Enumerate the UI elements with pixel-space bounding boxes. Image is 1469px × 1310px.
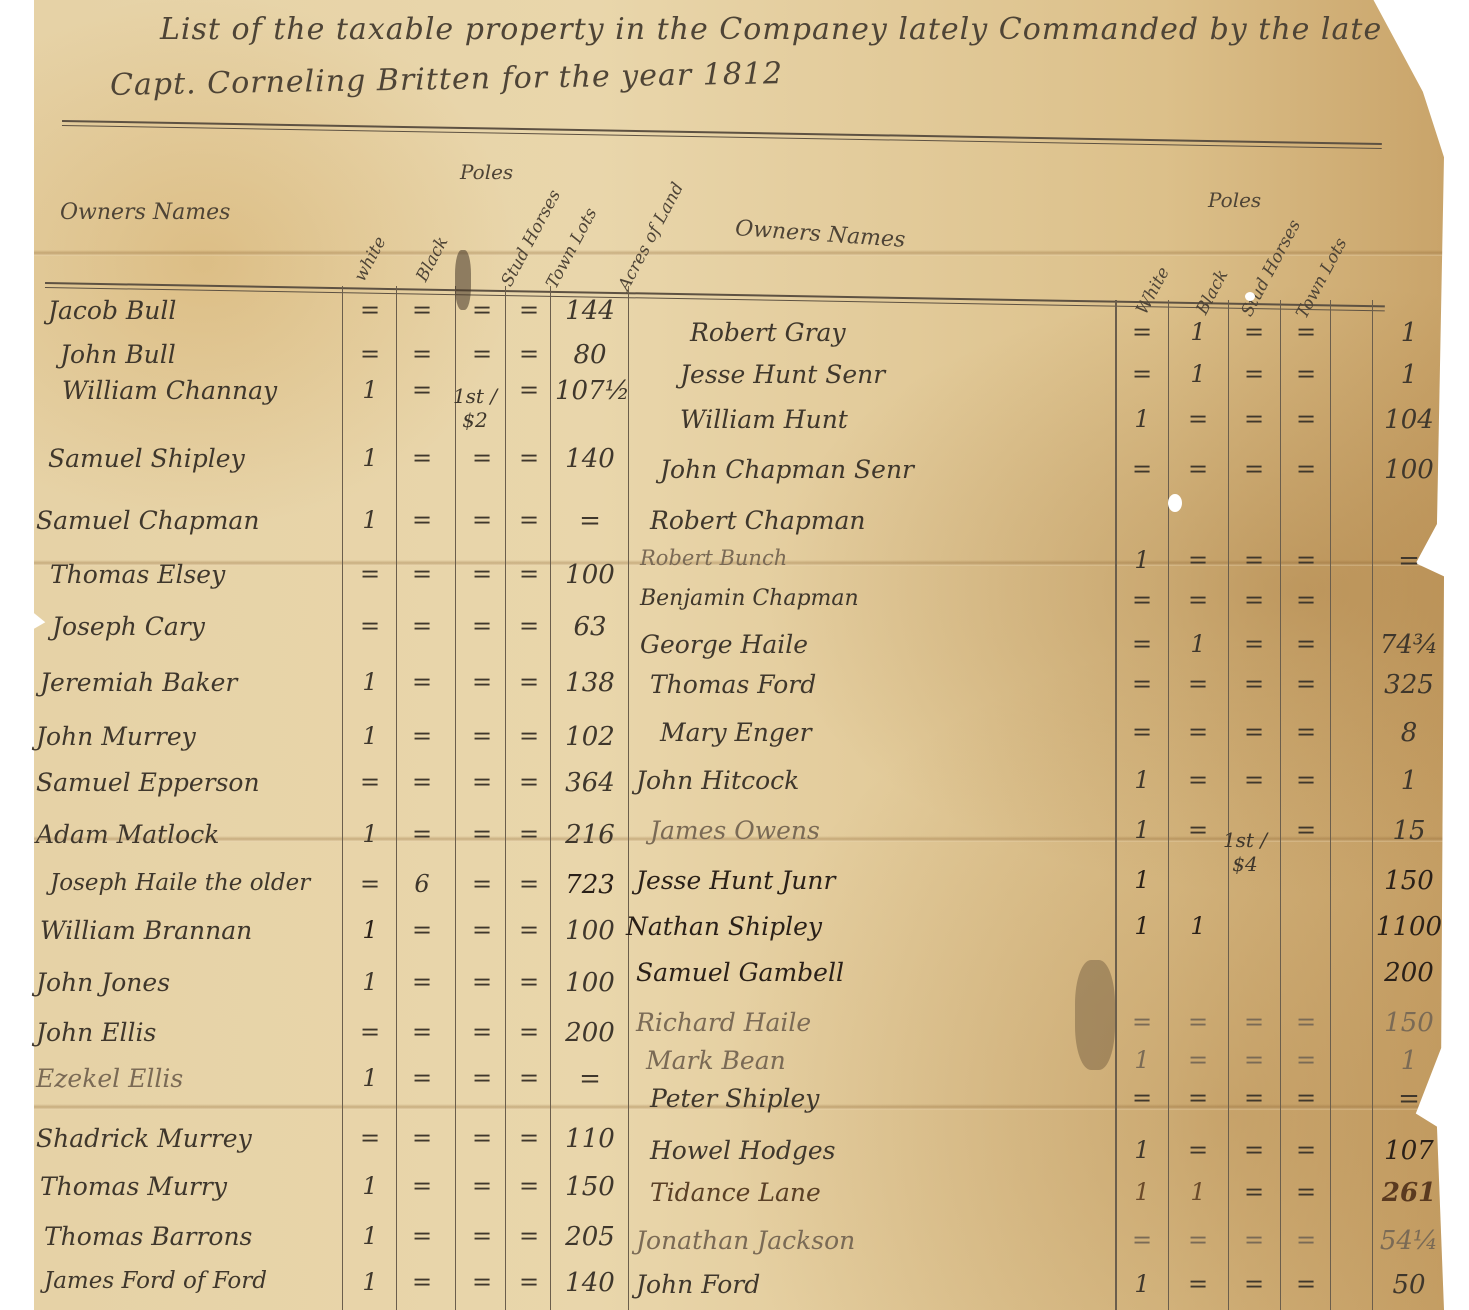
paper-fold	[34, 250, 1444, 256]
black-polls-cell: =	[1176, 1136, 1220, 1164]
acres-cell: 1	[1374, 1046, 1444, 1076]
town-lots-cell: =	[1284, 1136, 1328, 1164]
table-row: Benjamin Chapman = = = =	[0, 586, 1469, 624]
table-row: Tidance Lane 1 1 = = 261	[0, 1178, 1469, 1216]
white-polls-cell: =	[1120, 455, 1164, 483]
black-polls-cell: =	[1176, 586, 1220, 614]
stud-horses-cell: =	[1232, 1226, 1276, 1254]
owner-name: Mary Enger	[660, 718, 812, 747]
black-polls-cell: =	[1176, 718, 1220, 746]
black-polls-cell: 1	[1176, 1178, 1220, 1206]
table-row: Robert Chapman	[0, 506, 1469, 544]
black-polls-cell: =	[1176, 1226, 1220, 1254]
owner-name: Robert Bunch	[640, 546, 787, 570]
stud-horses-cell: =	[1232, 1046, 1276, 1074]
table-row: Peter Shipley = = = = =	[0, 1084, 1469, 1122]
table-row: William Hunt 1 = = = 104	[0, 405, 1469, 443]
acres-cell: 104	[1374, 405, 1444, 435]
town-lots-cell: =	[1284, 586, 1328, 614]
black-polls-cell: =	[1176, 1270, 1220, 1298]
stud-horses-cell: =	[1232, 670, 1276, 698]
owner-name: Mark Bean	[646, 1046, 786, 1075]
town-lots-cell: =	[1284, 670, 1328, 698]
acres-cell: 1	[1374, 766, 1444, 796]
town-lots-cell: =	[1284, 318, 1328, 346]
acres-cell: 1	[1374, 360, 1444, 390]
town-lots-cell: =	[1284, 816, 1328, 844]
stud-horses-cell: =	[1232, 1270, 1276, 1298]
table-row: Richard Haile = = = = 150	[0, 1008, 1469, 1046]
document-title-line1: List of the taxable property in the Comp…	[160, 12, 1382, 47]
acres-cell: 1100	[1374, 912, 1444, 942]
white-polls-cell: 1	[1120, 405, 1164, 433]
white-polls-cell: 1	[1120, 1270, 1164, 1298]
acres-cell: 15	[1374, 816, 1444, 846]
white-polls-cell: =	[1120, 1008, 1164, 1036]
white-polls-cell: 1	[1120, 1178, 1164, 1206]
white-polls-cell: 1	[1120, 1046, 1164, 1074]
black-polls-cell: =	[1176, 1046, 1220, 1074]
owner-name: John Chapman Senr	[660, 455, 914, 484]
black-polls-cell: =	[1176, 455, 1220, 483]
white-polls-cell: 1	[1120, 866, 1164, 894]
left-owners-names-header: Owners Names	[60, 200, 230, 225]
town-lots-cell: =	[1284, 1008, 1328, 1036]
town-lots-cell: =	[1284, 546, 1328, 574]
acres-cell: 200	[1374, 958, 1444, 988]
white-polls-cell: =	[1120, 1084, 1164, 1112]
owner-name: Samuel Gambell	[636, 958, 844, 987]
acres-cell: 150	[1374, 866, 1444, 896]
town-lots-cell: =	[1284, 630, 1328, 658]
acres-cell: 54¼	[1374, 1226, 1444, 1256]
town-lots-cell: =	[1284, 1046, 1328, 1074]
table-row: Jesse Hunt Senr = 1 = = 1	[0, 360, 1469, 398]
black-polls-cell: =	[1176, 405, 1220, 433]
black-polls-cell: 1	[1176, 360, 1220, 388]
owner-name: Jesse Hunt Junr	[636, 866, 835, 895]
table-row: Mary Enger = = = = 8	[0, 718, 1469, 756]
black-polls-cell: 1	[1176, 318, 1220, 346]
acres-cell: =	[1374, 1084, 1444, 1114]
white-polls-cell: =	[1120, 360, 1164, 388]
town-lots-cell: =	[1284, 1226, 1328, 1254]
town-lots-cell: =	[1284, 455, 1328, 483]
table-row: Mark Bean 1 = = = 1	[0, 1046, 1469, 1084]
owner-name: Richard Haile	[636, 1008, 811, 1037]
white-polls-cell: =	[1120, 586, 1164, 614]
white-polls-cell: 1	[1120, 912, 1164, 940]
table-row: Jonathan Jackson = = = = 54¼	[0, 1226, 1469, 1264]
stud-horses-cell: =	[1232, 405, 1276, 433]
acres-cell: 100	[1374, 455, 1444, 485]
table-row: George Haile = 1 = = 74¾	[0, 630, 1469, 668]
stud-horses-cell: =	[1232, 766, 1276, 794]
owner-name: Jonathan Jackson	[636, 1226, 855, 1255]
white-polls-cell: =	[1120, 718, 1164, 746]
white-polls-cell: =	[1120, 318, 1164, 346]
table-row: James Owens 1 = 1st / $4 = 15	[0, 816, 1469, 854]
white-polls-cell: 1	[1120, 1136, 1164, 1164]
town-lots-cell: =	[1284, 360, 1328, 388]
town-lots-cell: =	[1284, 1084, 1328, 1112]
stud-horses-cell: =	[1232, 1178, 1276, 1206]
owner-name: John Ford	[636, 1270, 760, 1299]
stud-horses-cell: =	[1232, 360, 1276, 388]
black-polls-cell: =	[1176, 546, 1220, 574]
table-row: Jesse Hunt Junr 1 150	[0, 866, 1469, 904]
table-row: Robert Bunch 1 = = = =	[0, 546, 1469, 584]
acres-cell: 8	[1374, 718, 1444, 748]
white-polls-cell: =	[1120, 630, 1164, 658]
white-polls-cell: 1	[1120, 766, 1164, 794]
table-row: John Ford 1 = = = 50	[0, 1270, 1469, 1308]
black-polls-cell: =	[1176, 1008, 1220, 1036]
stud-horses-cell: =	[1232, 1008, 1276, 1036]
town-lots-cell: =	[1284, 718, 1328, 746]
town-lots-cell: =	[1284, 1178, 1328, 1206]
table-row: Samuel Gambell 200	[0, 958, 1469, 996]
table-row: Robert Gray = 1 = = 1	[0, 318, 1469, 356]
table-row: John Chapman Senr = = = = 100	[0, 455, 1469, 493]
black-polls-cell: =	[1176, 670, 1220, 698]
table-row: Nathan Shipley 1 1 1100	[0, 912, 1469, 950]
owner-name: James Owens	[650, 816, 820, 845]
acres-cell: 261	[1374, 1178, 1444, 1208]
stud-horses-cell: =	[1232, 1084, 1276, 1112]
town-lots-cell: =	[1284, 1270, 1328, 1298]
owner-name: Jesse Hunt Senr	[680, 360, 885, 389]
owner-name: Peter Shipley	[650, 1084, 819, 1113]
stud-horses-cell: =	[1232, 630, 1276, 658]
left-polls-header: Poles	[460, 160, 513, 184]
owner-name: Robert Chapman	[650, 506, 865, 535]
table-row: Thomas Ford = = = = 325	[0, 670, 1469, 708]
acres-cell: 74¾	[1374, 630, 1444, 660]
town-lots-cell: =	[1284, 405, 1328, 433]
acres-cell: 150	[1374, 1008, 1444, 1038]
owner-name: Tidance Lane	[650, 1178, 821, 1207]
owner-name: Robert Gray	[690, 318, 846, 347]
black-polls-cell: 1	[1176, 912, 1220, 940]
table-row: John Hitcock 1 = = = 1	[0, 766, 1469, 804]
stud-horses-cell: =	[1232, 318, 1276, 346]
table-row: Howel Hodges 1 = = = 107	[0, 1136, 1469, 1174]
stud-horses-cell: =	[1232, 718, 1276, 746]
town-lots-cell: =	[1284, 766, 1328, 794]
owner-name: William Hunt	[680, 405, 848, 434]
stud-horses-cell: =	[1232, 586, 1276, 614]
stud-horses-cell: =	[1232, 455, 1276, 483]
stud-horses-cell: =	[1232, 1136, 1276, 1164]
acres-cell: 1	[1374, 318, 1444, 348]
white-polls-cell: 1	[1120, 816, 1164, 844]
owner-name: George Haile	[640, 630, 808, 659]
right-polls-header: Poles	[1208, 188, 1261, 212]
owner-name: Benjamin Chapman	[640, 586, 859, 611]
stud-horses-cell: =	[1232, 546, 1276, 574]
white-polls-cell: =	[1120, 1226, 1164, 1254]
acres-cell: 325	[1374, 670, 1444, 700]
white-polls-cell: 1	[1120, 546, 1164, 574]
black-polls-cell: =	[1176, 1084, 1220, 1112]
owner-name: Howel Hodges	[650, 1136, 835, 1165]
owner-name: John Hitcock	[636, 766, 799, 795]
owner-name: Nathan Shipley	[626, 912, 822, 941]
acres-cell: 50	[1374, 1270, 1444, 1300]
owner-name: Thomas Ford	[650, 670, 816, 699]
white-polls-cell: =	[1120, 670, 1164, 698]
acres-cell: 107	[1374, 1136, 1444, 1166]
acres-cell: =	[1374, 546, 1444, 576]
black-polls-cell: =	[1176, 766, 1220, 794]
black-polls-cell: 1	[1176, 630, 1220, 658]
